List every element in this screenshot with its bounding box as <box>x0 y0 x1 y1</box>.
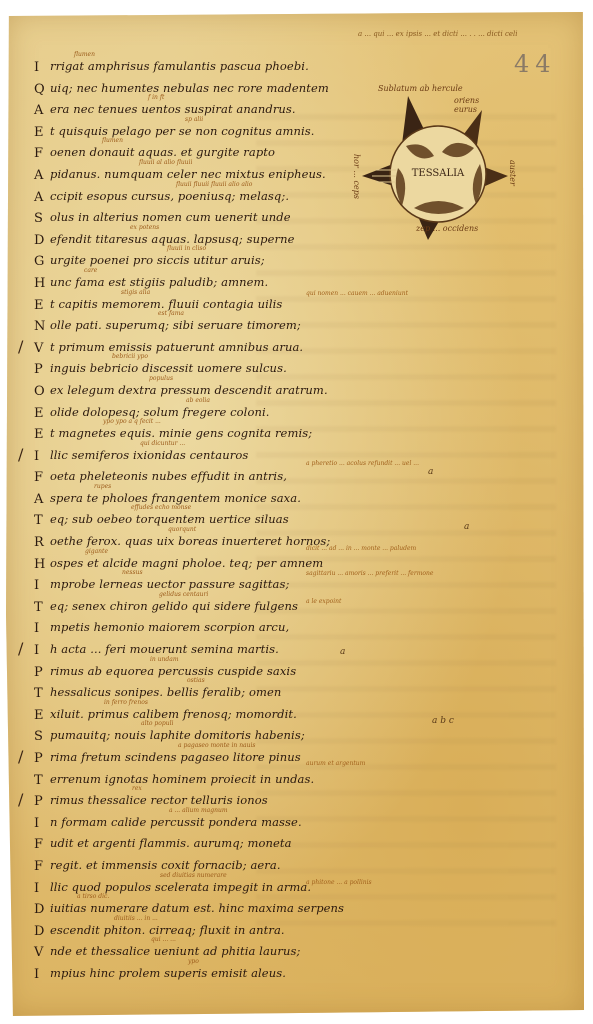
line-text: eq; sub oebeo torquentem uertice siluas <box>50 512 289 526</box>
line-text: urgite poenei pro siccis utitur aruis; <box>50 253 265 267</box>
line-initial: A <box>34 492 43 507</box>
line-text: hessalicus sonipes. bellis feralib; omen <box>50 685 281 699</box>
interlinear-gloss: rex <box>132 785 142 792</box>
manuscript-line: Quiq; nec humentes nebulas nec rore made… <box>34 78 434 100</box>
paragraph-mark: / <box>18 790 23 809</box>
line-initial: I <box>34 816 39 831</box>
line-initial: P <box>34 794 43 809</box>
line-text: ex lelegum dextra pressum descendit arat… <box>50 383 328 397</box>
line-text: regit. et immensis coxit fornacib; aera. <box>50 858 281 872</box>
paragraph-mark: / <box>18 337 23 356</box>
marginal-gloss: qui nomen ... cauem ... adueniunt <box>306 290 408 297</box>
interlinear-gloss: qui ... ... <box>151 936 176 943</box>
interlinear-gloss: diuitiis ... in ... <box>114 915 158 922</box>
interlinear-gloss: ab eolia <box>186 397 210 404</box>
line-text: escendit phiton. cirreaq; fluxit in antr… <box>50 923 285 937</box>
manuscript-line: Fudit et argenti flammis. aurumq; moneta <box>34 833 434 855</box>
interlinear-gloss: flumen <box>74 51 95 58</box>
line-text: eq; senex chiron gelido qui sidere fulge… <box>50 599 298 613</box>
marginal-gloss: sagittariu ... amoris ... preferit ... f… <box>306 570 433 577</box>
line-text: unc fama est stigiis paludib; amnem. <box>50 275 268 289</box>
paragraph-mark: / <box>18 639 23 658</box>
manuscript-line: Foenen donauit aquas. et gurgite raptofl… <box>34 142 434 164</box>
line-initial: F <box>34 470 43 485</box>
line-text: oethe ferox. quas uix boreas inuerteret … <box>50 534 330 548</box>
interlinear-gloss: populus <box>149 375 173 382</box>
interlinear-gloss: gigante <box>85 548 108 555</box>
line-initial: P <box>34 665 43 680</box>
top-marginal-gloss: a ... qui ... ex ipsis ... et dicti ... … <box>358 30 558 39</box>
manuscript-line: Terrenum ignotas hominem proiecit in und… <box>34 769 434 791</box>
line-text: oenen donauit aquas. et gurgite rapto <box>50 145 275 159</box>
line-initial: V <box>34 341 43 356</box>
line-text: mpetis hemonio maiorem scorpion arcu, <box>50 620 289 634</box>
manuscript-line: /Prima fretum scindens pagaseo litore pi… <box>34 747 434 769</box>
margin-letter: a b c <box>432 716 454 726</box>
line-text: olide dolopesq; solum fregere coloni. <box>50 405 270 419</box>
line-initial: P <box>34 362 43 377</box>
line-text: xiluit. primus calibem frenosq; momordit… <box>50 707 297 721</box>
manuscript-line: /Vt primum emissis patuerunt amnibus aru… <box>34 337 434 359</box>
manuscript-line: Descendit phiton. cirreaq; fluxit in ant… <box>34 920 434 942</box>
interlinear-gloss: in undam <box>150 656 179 663</box>
line-initial: E <box>34 406 44 421</box>
marginal-gloss: a phitone ... a pollinis <box>306 879 372 886</box>
interlinear-gloss: ex potens <box>130 224 159 231</box>
line-initial: E <box>34 125 44 140</box>
line-initial: R <box>34 535 44 550</box>
line-text: rrigat amphrisus famulantis pascua phoeb… <box>50 59 309 73</box>
interlinear-gloss: stigis alia <box>121 289 150 296</box>
line-text: pidanus. numquam celer nec mixtus eniphe… <box>50 167 326 181</box>
line-text: iuitias numerare datum est. hinc maxima … <box>50 901 344 915</box>
line-text: mpius hinc prolem superis emisit aleus. <box>50 966 286 980</box>
line-text: inguis bebricio discessit uomere sulcus. <box>50 361 287 375</box>
manuscript-line: Irrigat amphrisus famulantis pascua phoe… <box>34 56 434 78</box>
interlinear-gloss: a ... alium magnum <box>169 807 228 814</box>
interlinear-gloss: alto populi <box>141 720 173 727</box>
manuscript-line: Eolide dolopesq; solum fregere coloni.ab… <box>34 402 434 424</box>
manuscript-line: Defendit titaresus aquas. lapsusq; super… <box>34 229 434 251</box>
interlinear-gloss: effudes echo monse <box>131 504 191 511</box>
line-text: rima fretum scindens pagaseo litore pinu… <box>50 750 301 764</box>
line-initial: A <box>34 103 43 118</box>
interlinear-gloss: fluuii al alio fluuii <box>139 159 192 166</box>
manuscript-line: Primus ab equorea percussis cuspide saxi… <box>34 661 434 683</box>
line-text: oeta pheleteonis nubes effudit in antris… <box>50 469 287 483</box>
line-initial: I <box>34 621 39 636</box>
interlinear-gloss: quorqunt <box>168 526 196 533</box>
interlinear-gloss: nessus <box>122 569 143 576</box>
line-initial: F <box>34 837 43 852</box>
manuscript-line: In formam calide percussit pondera masse… <box>34 812 434 834</box>
line-initial: Q <box>34 82 45 97</box>
line-text: uiq; nec humentes nebulas nec rore maden… <box>50 81 329 95</box>
line-initial: I <box>34 60 39 75</box>
manuscript-line: Teq; senex chiron gelido qui sidere fulg… <box>34 596 434 618</box>
interlinear-gloss: sp alii <box>185 116 203 123</box>
marginal-gloss: a le expoint <box>306 598 341 605</box>
interlinear-gloss: a tirso dic. <box>77 893 109 900</box>
line-text: spera te pholoes frangentem monice saxa. <box>50 491 301 505</box>
interlinear-gloss: qui dicuntur ... <box>140 440 185 447</box>
line-text: nde et thessalice ueniunt ad phitia laur… <box>50 944 301 958</box>
manuscript-line: Impetis hemonio maiorem scorpion arcu, <box>34 617 434 639</box>
interlinear-gloss: gelidus centauri <box>159 591 208 598</box>
interlinear-gloss: ypo <box>188 958 199 965</box>
line-text: efendit titaresus aquas. lapsusq; supern… <box>50 232 295 246</box>
manuscript-line: Et magnetes equis. minie gens cognita re… <box>34 423 434 445</box>
manuscript-line: Pinguis bebricio discessit uomere sulcus… <box>34 358 434 380</box>
line-text: rimus thessalice rector telluris ionos <box>50 793 268 807</box>
interlinear-gloss: ypo ypo a q fecit ... <box>103 418 161 425</box>
line-text: h acta ... feri mouerunt semina martis. <box>50 642 279 656</box>
line-initial: I <box>34 449 39 464</box>
diagram-label-east: oriens eurus <box>454 96 504 114</box>
interlinear-gloss: a pagaseo monte in nauis <box>178 742 256 749</box>
margin-letter: a <box>428 467 433 477</box>
manuscript-line: Aspera te pholoes frangentem monice saxa… <box>34 488 434 510</box>
interlinear-gloss: fluuii in cliso <box>167 245 206 252</box>
line-initial: P <box>34 751 43 766</box>
manuscript-line: Oex lelegum dextra pressum descendit ara… <box>34 380 434 402</box>
line-text: llic quod populos scelerata impegit in a… <box>50 880 311 894</box>
diagram-label-south: auster <box>508 160 517 186</box>
manuscript-line: /Ih acta ... feri mouerunt semina martis… <box>34 639 434 661</box>
line-text: udit et argenti flammis. aurumq; moneta <box>50 836 292 850</box>
manuscript-folio: a ... qui ... ex ipsis ... et dicti ... … <box>6 12 584 1016</box>
line-initial: E <box>34 708 44 723</box>
line-initial: N <box>34 319 45 334</box>
line-text: ospes et alcide magni pholoe. teq; per a… <box>50 556 323 570</box>
line-initial: D <box>34 924 44 939</box>
manuscript-line: Thessalicus sonipes. bellis feralib; ome… <box>34 682 434 704</box>
line-text: era nec tenues uentos suspirat anandrus. <box>50 102 296 116</box>
line-initial: T <box>34 513 43 528</box>
line-text: olle pati. superumq; sibi seruare timore… <box>50 318 301 332</box>
line-initial: A <box>34 190 43 205</box>
paragraph-mark: / <box>18 747 23 766</box>
line-text: errenum ignotas hominem proiecit in unda… <box>50 772 314 786</box>
interlinear-gloss: in ferro frenos <box>104 699 148 706</box>
line-text: t capitis memorem. fluuii contagia uilis <box>50 297 282 311</box>
interlinear-gloss: care <box>84 267 97 274</box>
interlinear-gloss: flumen <box>102 137 123 144</box>
margin-letter: a <box>340 647 345 657</box>
manuscript-line: Nolle pati. superumq; sibi seruare timor… <box>34 315 434 337</box>
manuscript-line: Accipit esopus cursus, poeniusq; melasq;… <box>34 186 434 208</box>
line-text: olus in alterius nomen cum uenerit unde <box>50 210 291 224</box>
manuscript-line: Diuitias numerare datum est. hinc maxima… <box>34 898 434 920</box>
line-text: ccipit esopus cursus, poeniusq; melasq;. <box>50 189 289 203</box>
interlinear-gloss: f in ft <box>148 94 164 101</box>
line-initial: H <box>34 276 45 291</box>
line-initial: E <box>34 427 44 442</box>
marginal-gloss: aurum et argentum <box>306 760 365 767</box>
line-initial: D <box>34 233 44 248</box>
manuscript-line: Vnde et thessalice ueniunt ad phitia lau… <box>34 941 434 963</box>
interlinear-gloss: bebricii ypo <box>112 353 148 360</box>
line-initial: V <box>34 945 43 960</box>
line-initial: T <box>34 600 43 615</box>
margin-letter: a <box>464 522 469 532</box>
line-initial: S <box>34 729 43 744</box>
line-initial: G <box>34 254 44 269</box>
line-initial: S <box>34 211 43 226</box>
line-text: t primum emissis patuerunt amnibus arua. <box>50 340 303 354</box>
interlinear-gloss: rupes <box>94 483 111 490</box>
line-initial: F <box>34 859 43 874</box>
manuscript-line: Improbe lerneas uector passure sagittas;… <box>34 574 434 596</box>
line-initial: I <box>34 578 39 593</box>
line-initial: T <box>34 686 43 701</box>
line-text: rimus ab equorea percussis cuspide saxis <box>50 664 296 678</box>
line-initial: F <box>34 146 43 161</box>
interlinear-gloss: ostias <box>187 677 205 684</box>
interlinear-gloss: est fama <box>158 310 184 317</box>
manuscript-line: Et quisquis pelago per se non cognitus a… <box>34 121 434 143</box>
line-initial: O <box>34 384 45 399</box>
manuscript-line: Impius hinc prolem superis emisit aleus.… <box>34 963 434 985</box>
line-initial: D <box>34 902 44 917</box>
manuscript-line: Exiluit. primus calibem frenosq; momordi… <box>34 704 434 726</box>
line-initial: T <box>34 773 43 788</box>
marginal-gloss: dicit ... ad ... in ... monte ... palude… <box>306 545 416 552</box>
marginal-gloss: a pheretio ... acolus refundit ... uel .… <box>306 460 419 467</box>
line-initial: I <box>34 881 39 896</box>
line-initial: I <box>34 643 39 658</box>
folio-number: 44 <box>514 50 557 78</box>
line-initial: A <box>34 168 43 183</box>
line-initial: I <box>34 967 39 982</box>
manuscript-line: Fregit. et immensis coxit fornacib; aera… <box>34 855 434 877</box>
line-text: t magnetes equis. minie gens cognita rem… <box>50 426 312 440</box>
line-text: mprobe lerneas uector passure sagittas; <box>50 577 289 591</box>
line-initial: H <box>34 557 45 572</box>
interlinear-gloss: sed diuitias numerare <box>160 872 227 879</box>
line-text: llic semiferos ixionidas centauros <box>50 448 248 462</box>
line-text: t quisquis pelago per se non cognitus am… <box>50 124 315 138</box>
manuscript-line: Teq; sub oebeo torquentem uertice siluas… <box>34 509 434 531</box>
interlinear-gloss: fluuii fluuii fluuii alio alio <box>176 181 252 188</box>
line-text: n formam calide percussit pondera masse. <box>50 815 302 829</box>
line-initial: E <box>34 298 44 313</box>
manuscript-line: Aera nec tenues uentos suspirat anandrus… <box>34 99 434 121</box>
manuscript-line: /Primus thessalice rector telluris ionos… <box>34 790 434 812</box>
line-text: pumauitq; nouis laphite domitoris habeni… <box>50 728 305 742</box>
text-column: Irrigat amphrisus famulantis pascua phoe… <box>34 56 434 985</box>
paragraph-mark: / <box>18 445 23 464</box>
manuscript-line: Solus in alterius nomen cum uenerit unde <box>34 207 434 229</box>
